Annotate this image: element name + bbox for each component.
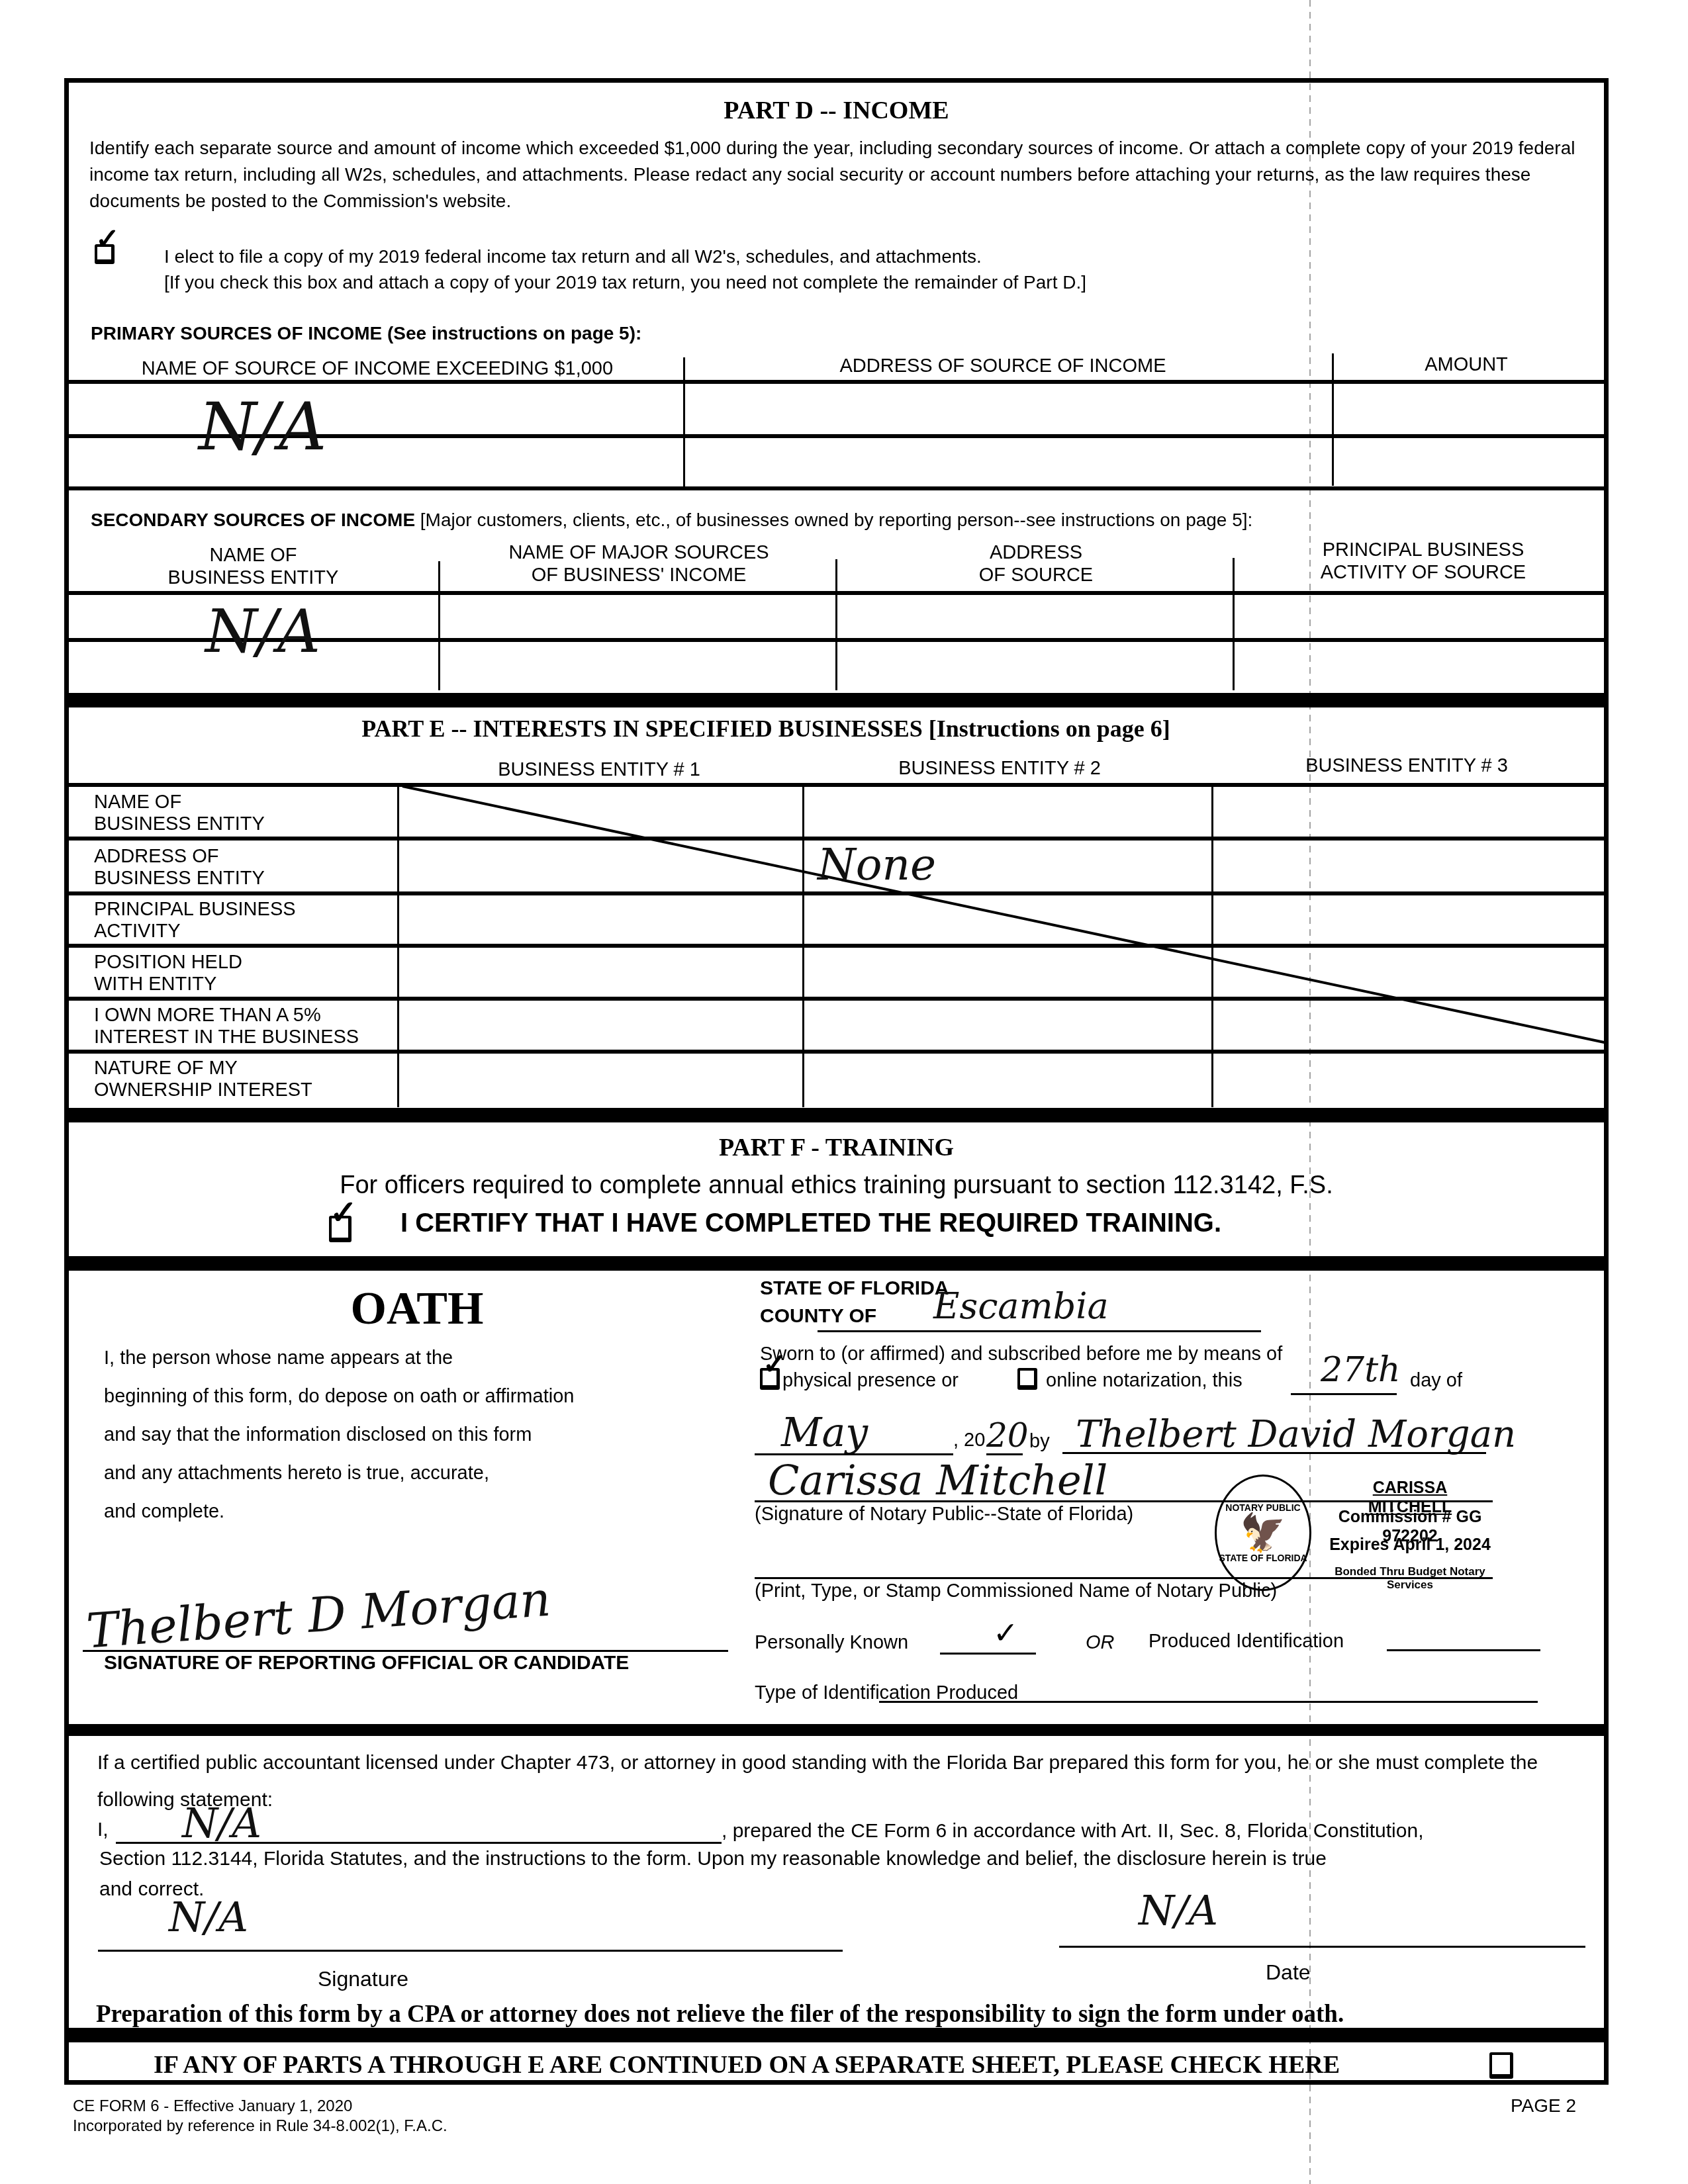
- cpa-name-line[interactable]: [116, 1842, 722, 1844]
- form-rule-reference: Incorporated by reference in Rule 34-8.0…: [73, 2116, 447, 2136]
- notary-print-caption: (Print, Type, or Stamp Commissioned Name…: [755, 1580, 1277, 1602]
- online-label: online notarization, this: [1046, 1370, 1243, 1392]
- section-divider: [64, 1256, 1609, 1271]
- by-line[interactable]: [1062, 1452, 1486, 1454]
- month-value: May: [781, 1410, 868, 1456]
- filer-signature-label: SIGNATURE OF REPORTING OFFICIAL OR CANDI…: [104, 1652, 629, 1674]
- year-value: 20: [986, 1416, 1029, 1455]
- cpa-warning: Preparation of this form by a CPA or att…: [96, 2000, 1344, 2028]
- or-label: OR: [1086, 1632, 1115, 1654]
- part-f-title: PART F - TRAINING: [64, 1133, 1609, 1162]
- oath-line: and any attachments hereto is true, accu…: [104, 1454, 574, 1492]
- section-divider: [64, 1108, 1609, 1122]
- by-value: Thelbert David Morgan: [1076, 1413, 1516, 1456]
- year-prefix: , 20: [953, 1430, 985, 1451]
- personally-known-label: Personally Known: [755, 1632, 908, 1654]
- cpa-signature-line[interactable]: [98, 1950, 843, 1952]
- section-divider: [64, 1724, 1609, 1736]
- personally-known-line-ext: [990, 1653, 1036, 1655]
- notary-county-value: Escambia: [933, 1285, 1109, 1327]
- part-e-none-handwriting: None: [818, 842, 936, 888]
- part-f-instruction: For officers required to complete annual…: [64, 1171, 1609, 1200]
- cpa-statement-2: Section 112.3144, Florida Statutes, and …: [99, 1848, 1327, 1870]
- year-line[interactable]: [986, 1453, 1023, 1455]
- cpa-i-label: I,: [97, 1819, 109, 1841]
- checkmark-icon: ✓: [330, 1198, 357, 1227]
- produced-id-label: Produced Identification: [1149, 1631, 1344, 1653]
- oath-line: I, the person whose name appears at the: [104, 1339, 574, 1377]
- notary-county-label: COUNTY OF: [760, 1305, 876, 1328]
- county-line[interactable]: [818, 1330, 1261, 1332]
- cpa-signature-label: Signature: [318, 1967, 408, 1991]
- oath-line: and complete.: [104, 1492, 574, 1531]
- notary-print-name-line[interactable]: [755, 1577, 1493, 1579]
- notary-signature-handwriting: Carissa Mitchell: [768, 1456, 1107, 1504]
- cpa-date-line[interactable]: [1059, 1946, 1585, 1948]
- form-effective: CE FORM 6 - Effective January 1, 2020: [73, 2097, 447, 2116]
- continued-checkbox[interactable]: [1489, 2052, 1513, 2079]
- by-label: by: [1029, 1431, 1050, 1453]
- cpa-date-handwriting: N/A: [1139, 1886, 1218, 1934]
- section-divider: [64, 2028, 1609, 2042]
- cpa-intro: If a certified public accountant license…: [97, 1745, 1597, 1819]
- stamp-expires: Expires April 1, 2024: [1321, 1535, 1499, 1555]
- cpa-statement-1: , prepared the CE Form 6 in accordance w…: [722, 1820, 1424, 1843]
- month-line[interactable]: [755, 1453, 953, 1455]
- oath-text: I, the person whose name appears at the …: [104, 1339, 574, 1531]
- personally-known-line[interactable]: [940, 1653, 990, 1655]
- cpa-signature-handwriting: N/A: [169, 1893, 248, 1941]
- training-certify-label: I CERTIFY THAT I HAVE COMPLETED THE REQU…: [400, 1208, 1221, 1238]
- cpa-name-handwriting: N/A: [182, 1799, 261, 1847]
- online-notarization-checkbox[interactable]: [1017, 1368, 1037, 1390]
- eagle-icon: 🦅: [1240, 1513, 1286, 1553]
- notary-seal: NOTARY PUBLIC 🦅 STATE OF FLORIDA: [1215, 1475, 1311, 1591]
- page-number: PAGE 2: [1511, 2095, 1576, 2116]
- notary-state: STATE OF FLORIDA: [760, 1277, 949, 1300]
- day-value: 27th: [1321, 1350, 1401, 1390]
- day-of-label: day of: [1410, 1370, 1462, 1392]
- sworn-text: Sworn to (or affirmed) and subscribed be…: [760, 1343, 1282, 1365]
- notary-signature-caption: (Signature of Notary Public--State of Fl…: [755, 1504, 1133, 1525]
- day-line[interactable]: [1291, 1393, 1397, 1395]
- seal-bottom-text: STATE OF FLORIDA: [1219, 1553, 1307, 1563]
- physical-presence-label: physical presence or: [782, 1370, 959, 1392]
- oath-line: and say that the information disclosed o…: [104, 1416, 574, 1454]
- continued-label: IF ANY OF PARTS A THROUGH E ARE CONTINUE…: [154, 2050, 1340, 2079]
- produced-id-line[interactable]: [1387, 1649, 1540, 1651]
- oath-title: OATH: [278, 1283, 556, 1336]
- form-info: CE FORM 6 - Effective January 1, 2020 In…: [73, 2097, 447, 2136]
- oath-line: beginning of this form, do depose on oat…: [104, 1377, 574, 1416]
- personally-known-check: ✓: [993, 1615, 1019, 1651]
- cpa-date-label: Date: [1266, 1960, 1311, 1985]
- type-id-line[interactable]: [879, 1701, 1538, 1703]
